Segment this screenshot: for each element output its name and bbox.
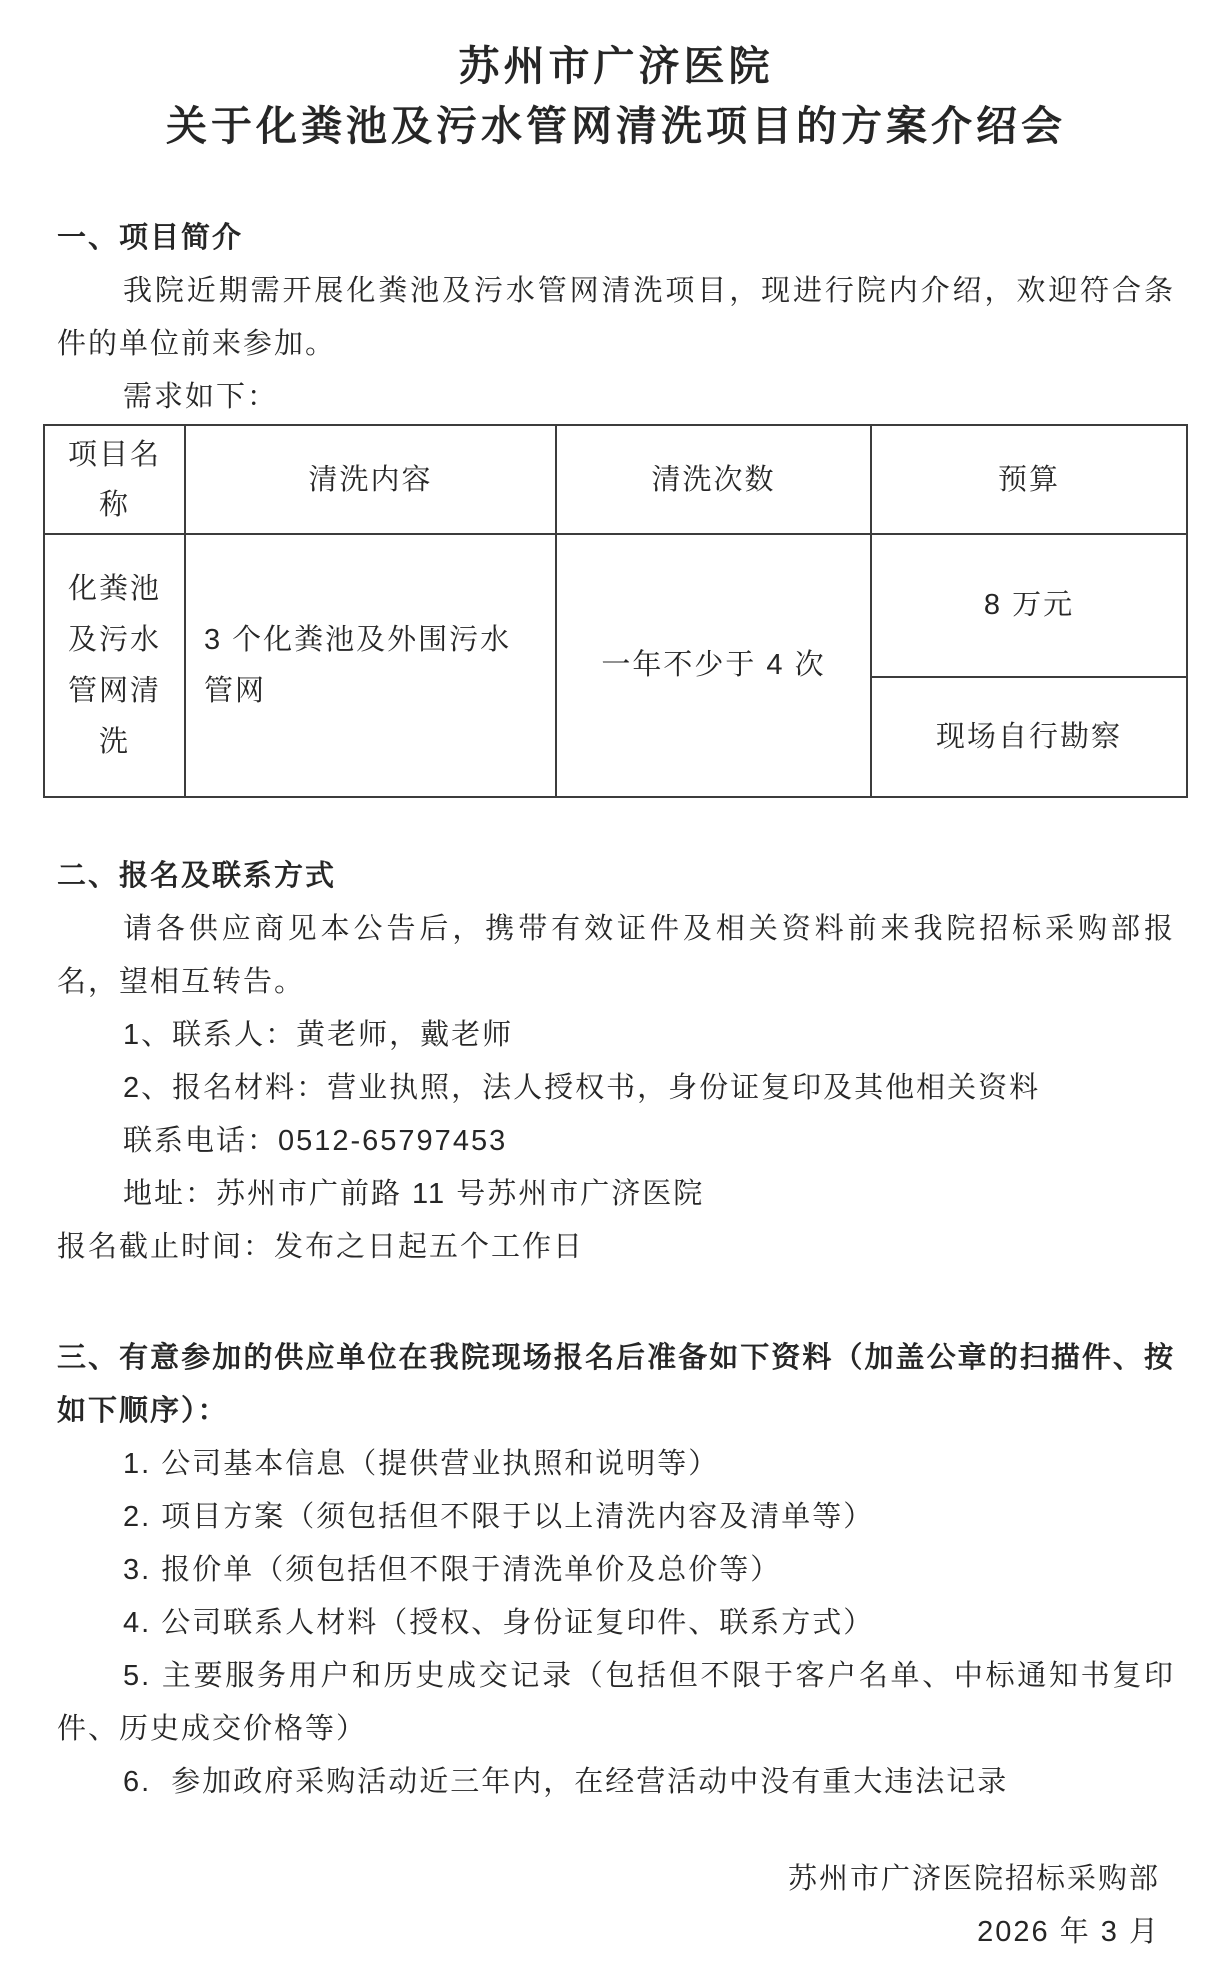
- section2-item-phone: 联系电话：0512-65797453: [57, 1115, 1175, 1168]
- cell-cleaning-content-text: 3 个化粪池及外围污水管网: [204, 615, 520, 717]
- section2-item-address: 地址：苏州市广前路 11 号苏州市广济医院: [57, 1168, 1175, 1221]
- section1-heading: 一、项目简介: [57, 212, 1175, 265]
- cell-cleaning-content: 3 个化粪池及外围污水管网: [185, 534, 556, 797]
- cell-cleaning-frequency: 一年不少于 4 次: [556, 534, 871, 797]
- section1-demand-label: 需求如下：: [57, 371, 1175, 424]
- section3-item-3: 3. 报价单（须包括但不限于清洗单价及总价等）: [57, 1544, 1175, 1597]
- section2-heading: 二、报名及联系方式: [57, 850, 1175, 903]
- table-header-project-name: 项目名称: [44, 425, 185, 534]
- cell-budget-note: 现场自行勘察: [871, 677, 1187, 797]
- requirements-table: 项目名称 清洗内容 清洗次数 预算 化粪池及污水管网清洗 3 个化粪池及外围污水…: [43, 424, 1188, 798]
- section3-item-2: 2. 项目方案（须包括但不限于以上清洗内容及清单等）: [57, 1491, 1175, 1544]
- section3-item-1: 1. 公司基本信息（提供营业执照和说明等）: [57, 1438, 1175, 1491]
- section3-item-5: 5. 主要服务用户和历史成交记录（包括但不限于客户名单、中标通知书复印件、历史成…: [57, 1650, 1175, 1756]
- section2-item-materials: 2、报名材料：营业执照，法人授权书，身份证复印及其他相关资料: [57, 1062, 1175, 1115]
- document-page: 苏州市广济医院 关于化粪池及污水管网清洗项目的方案介绍会 一、项目简介 我院近期…: [0, 0, 1217, 1985]
- section2-paragraph: 请各供应商见本公告后，携带有效证件及相关资料前来我院招标采购部报名，望相互转告。: [57, 903, 1175, 1009]
- table-row: 化粪池及污水管网清洗 3 个化粪池及外围污水管网 一年不少于 4 次 8 万元: [44, 534, 1187, 677]
- section3-item-6: 6. 参加政府采购活动近三年内，在经营活动中没有重大违法记录: [57, 1756, 1175, 1809]
- footer-department: 苏州市广济医院招标采购部: [57, 1853, 1175, 1906]
- table-header-row: 项目名称 清洗内容 清洗次数 预算: [44, 425, 1187, 534]
- cell-project-name: 化粪池及污水管网清洗: [44, 534, 185, 797]
- footer-date: 2026 年 3 月: [57, 1906, 1175, 1959]
- cell-budget-amount: 8 万元: [871, 534, 1187, 677]
- table-header-cleaning-frequency: 清洗次数: [556, 425, 871, 534]
- document-title-line1: 苏州市广济医院: [57, 36, 1175, 96]
- document-title-line2: 关于化粪池及污水管网清洗项目的方案介绍会: [57, 96, 1175, 156]
- cell-project-name-text: 化粪池及污水管网清洗: [64, 564, 166, 768]
- table-header-budget: 预算: [871, 425, 1187, 534]
- section3-item-4: 4. 公司联系人材料（授权、身份证复印件、联系方式）: [57, 1597, 1175, 1650]
- table-header-project-name-text: 项目名称: [64, 430, 166, 530]
- section3-heading: 三、有意参加的供应单位在我院现场报名后准备如下资料（加盖公章的扫描件、按如下顺序…: [57, 1332, 1175, 1438]
- section2-deadline: 报名截止时间：发布之日起五个工作日: [57, 1221, 1175, 1274]
- section1-paragraph: 我院近期需开展化粪池及污水管网清洗项目，现进行院内介绍，欢迎符合条件的单位前来参…: [57, 265, 1175, 371]
- section2-item-contacts: 1、联系人：黄老师，戴老师: [57, 1009, 1175, 1062]
- table-header-cleaning-content: 清洗内容: [185, 425, 556, 534]
